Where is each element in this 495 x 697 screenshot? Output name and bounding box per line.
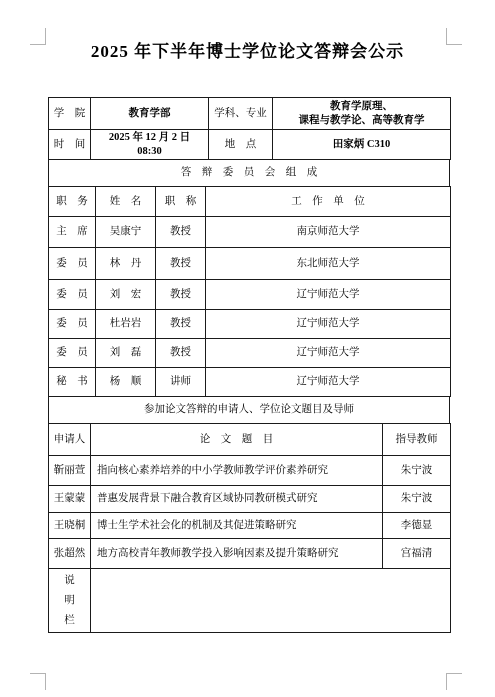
committee-header-title: 职 称	[156, 187, 206, 217]
crop-mark-bottom-left-h	[30, 673, 46, 674]
committee-row: 委 员 杜岩岩 教授 辽宁师范大学	[49, 310, 451, 339]
applicant-header: 申请人	[49, 424, 91, 456]
member-unit: 辽宁师范大学	[206, 280, 451, 310]
member-unit: 辽宁师范大学	[206, 368, 451, 397]
time-value: 2025 年 12 月 2 日 08:30	[91, 130, 209, 160]
major-label: 学科、专业	[209, 98, 273, 130]
applicant-name: 靳丽萱	[49, 456, 91, 486]
document-page: 2025 年下半年博士学位论文答辩会公示 学 院 教育学部 学科、专业 教育学原…	[0, 0, 495, 697]
member-title: 教授	[156, 339, 206, 368]
member-name: 林 丹	[96, 248, 156, 280]
college-value: 教育学部	[91, 98, 209, 130]
committee-row: 委 员 刘 宏 教授 辽宁师范大学	[49, 280, 451, 310]
member-unit: 辽宁师范大学	[206, 310, 451, 339]
committee-header-unit: 工 作 单 位	[206, 187, 451, 217]
applicants-header-row: 申请人 论 文 题 目 指导教师	[49, 424, 451, 456]
advisor-name: 朱宁波	[383, 456, 451, 486]
applicant-name: 王晓桐	[49, 513, 91, 539]
notes-section: 说 明 栏	[48, 568, 451, 633]
member-role: 委 员	[49, 310, 96, 339]
committee-header-role: 职 务	[49, 187, 96, 217]
applicants-section-banner: 参加论文答辩的申请人、学位论文题目及导师	[48, 396, 450, 424]
applicant-row: 张超然 地方高校青年教师教学投入影响因素及提升策略研究 宫福清	[49, 539, 451, 569]
committee-header-row: 职 务 姓 名 职 称 工 作 单 位	[49, 187, 451, 217]
member-name: 刘 宏	[96, 280, 156, 310]
info-section: 学 院 教育学部 学科、专业 教育学原理、 课程与教学论、高等教育学 时 间 2…	[48, 97, 451, 160]
member-unit: 东北师范大学	[206, 248, 451, 280]
member-title: 教授	[156, 310, 206, 339]
advisor-name: 李德显	[383, 513, 451, 539]
crop-mark-bottom-right-v	[446, 673, 447, 690]
crop-mark-bottom-left-v	[45, 673, 46, 690]
notes-content	[91, 569, 451, 633]
info-row-college: 学 院 教育学部 学科、专业 教育学原理、 课程与教学论、高等教育学	[49, 98, 451, 130]
member-name: 杜岩岩	[96, 310, 156, 339]
thesis-title: 地方高校青年教师教学投入影响因素及提升策略研究	[91, 539, 383, 569]
member-title: 教授	[156, 248, 206, 280]
member-name: 刘 磊	[96, 339, 156, 368]
applicant-row: 王晓桐 博士生学术社会化的机制及其促进策略研究 李德显	[49, 513, 451, 539]
advisor-name: 宫福清	[383, 539, 451, 569]
member-title: 教授	[156, 280, 206, 310]
member-name: 吴康宁	[96, 217, 156, 248]
member-name: 杨 顺	[96, 368, 156, 397]
advisor-name: 朱宁波	[383, 486, 451, 513]
page-title: 2025 年下半年博士学位论文答辩会公示	[0, 42, 495, 62]
info-row-time: 时 间 2025 年 12 月 2 日 08:30 地 点 田家炳 C310	[49, 130, 451, 160]
thesis-title: 博士生学术社会化的机制及其促进策略研究	[91, 513, 383, 539]
college-label: 学 院	[49, 98, 91, 130]
member-unit: 辽宁师范大学	[206, 339, 451, 368]
committee-section-title: 答 辩 委 员 会 组 成	[49, 160, 450, 187]
committee-row: 主 席 吴康宁 教授 南京师范大学	[49, 217, 451, 248]
defense-announcement-table: 学 院 教育学部 学科、专业 教育学原理、 课程与教学论、高等教育学 时 间 2…	[48, 97, 450, 633]
applicants-section-title: 参加论文答辩的申请人、学位论文题目及导师	[49, 397, 450, 424]
member-title: 讲师	[156, 368, 206, 397]
committee-row: 委 员 刘 磊 教授 辽宁师范大学	[49, 339, 451, 368]
advisor-header: 指导教师	[383, 424, 451, 456]
committee-section-banner: 答 辩 委 员 会 组 成	[48, 159, 450, 187]
member-role: 委 员	[49, 339, 96, 368]
notes-row: 说 明 栏	[49, 569, 451, 633]
member-title: 教授	[156, 217, 206, 248]
major-value: 教育学原理、 课程与教学论、高等教育学	[273, 98, 451, 130]
applicant-row: 王蒙蒙 普惠发展背景下融合教育区域协同教研模式研究 朱宁波	[49, 486, 451, 513]
committee-section: 职 务 姓 名 职 称 工 作 单 位 主 席 吴康宁 教授 南京师范大学 委 …	[48, 186, 451, 397]
crop-mark-bottom-right-h	[446, 673, 462, 674]
thesis-title: 指向核心素养培养的中小学教师教学评价素养研究	[91, 456, 383, 486]
notes-label: 说 明 栏	[49, 569, 91, 633]
member-role: 秘 书	[49, 368, 96, 397]
member-role: 委 员	[49, 248, 96, 280]
thesis-title: 普惠发展背景下融合教育区域协同教研模式研究	[91, 486, 383, 513]
applicants-section: 申请人 论 文 题 目 指导教师 靳丽萱 指向核心素养培养的中小学教师教学评价素…	[48, 423, 451, 569]
place-value: 田家炳 C310	[273, 130, 451, 160]
time-label: 时 间	[49, 130, 91, 160]
applicant-name: 王蒙蒙	[49, 486, 91, 513]
member-role: 委 员	[49, 280, 96, 310]
applicant-name: 张超然	[49, 539, 91, 569]
committee-row: 秘 书 杨 顺 讲师 辽宁师范大学	[49, 368, 451, 397]
committee-row: 委 员 林 丹 教授 东北师范大学	[49, 248, 451, 280]
thesis-header: 论 文 题 目	[91, 424, 383, 456]
committee-header-name: 姓 名	[96, 187, 156, 217]
applicant-row: 靳丽萱 指向核心素养培养的中小学教师教学评价素养研究 朱宁波	[49, 456, 451, 486]
place-label: 地 点	[209, 130, 273, 160]
member-unit: 南京师范大学	[206, 217, 451, 248]
member-role: 主 席	[49, 217, 96, 248]
